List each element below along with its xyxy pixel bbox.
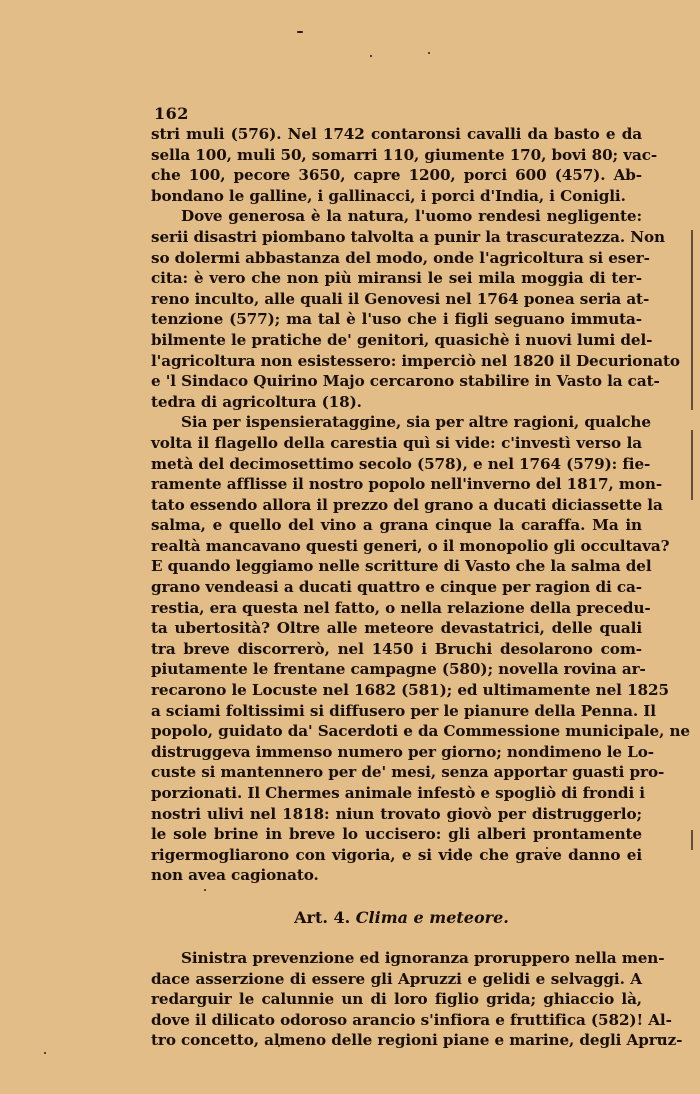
paragraph: stri muli (576). Nel 1742 contaronsi cav… <box>151 124 642 206</box>
section-heading-label: Art. 4. <box>294 908 350 927</box>
text-line: sella 100, muli 50, somarri 110, giument… <box>151 145 642 166</box>
scan-speck <box>44 1052 46 1054</box>
text-line: porzionati. Il Chermes animale infestò e… <box>151 783 642 804</box>
text-line: so dolermi abbastanza del modo, onde l'a… <box>151 248 642 269</box>
page-number: 162 <box>154 104 642 124</box>
paragraph: Dove generosa è la natura, l'uomo rendes… <box>151 206 642 412</box>
text-line: redarguir le calunnie un di loro figlio … <box>151 989 642 1010</box>
text-line: cita: è vero che non più miransi le sei … <box>151 268 642 289</box>
section-heading: Art. 4. Clima e meteore. <box>151 906 642 930</box>
text-line: stri muli (576). Nel 1742 contaronsi cav… <box>151 124 642 145</box>
text-line: ramente afflisse il nostro popolo nell'i… <box>151 474 642 495</box>
text-line: l'agricoltura non esistessero: imperciò … <box>151 351 642 372</box>
text-line: metà del decimosettimo secolo (578), e n… <box>151 454 642 475</box>
text-line: tro concetto, almeno delle regioni piane… <box>151 1030 642 1051</box>
section-heading-title: Clima e meteore. <box>356 908 509 927</box>
text-line: dace asserzione di essere gli Apruzzi e … <box>151 969 642 990</box>
scanned-book-page: 162 stri muli (576). Nel 1742 contaronsi… <box>0 0 700 1094</box>
binding-edge-mark <box>691 830 693 850</box>
text-line: grano vendeasi a ducati quattro e cinque… <box>151 577 642 598</box>
text-line: realtà mancavano questi generi, o il mon… <box>151 536 642 557</box>
text-line: Sinistra prevenzione ed ignoranza prorup… <box>151 948 642 969</box>
text-line: E quando leggiamo nelle scritture di Vas… <box>151 556 642 577</box>
text-line: distruggeva immenso numero per giorno; n… <box>151 742 642 763</box>
text-line: a sciami foltissimi si diffusero per le … <box>151 701 642 722</box>
text-line: le sole brine in breve lo uccisero: gli … <box>151 824 642 845</box>
text-line: bondano le galline, i gallinacci, i porc… <box>151 186 642 207</box>
page-text-block: 162 stri muli (576). Nel 1742 contaronsi… <box>151 104 642 1051</box>
scan-speck <box>370 55 372 57</box>
text-line: piutamente le frentane campagne (580); n… <box>151 659 642 680</box>
text-line: nostri ulivi nel 1818: niun trovato giov… <box>151 804 642 825</box>
text-line: Sia per ispensierataggine, sia per altre… <box>151 412 642 433</box>
text-line: custe si mantennero per de' mesi, senza … <box>151 762 642 783</box>
text-line: tra breve discorrerò, nel 1450 i Bruchi … <box>151 639 642 660</box>
text-line: salma, e quello del vino a grana cinque … <box>151 515 642 536</box>
scan-speck <box>297 31 303 33</box>
text-line: rigermogliarono con vigoria, e si vide c… <box>151 845 642 866</box>
text-line: e 'l Sindaco Quirino Majo cercarono stab… <box>151 371 642 392</box>
text-line: reno inculto, alle quali il Genovesi nel… <box>151 289 642 310</box>
paragraph: Sinistra prevenzione ed ignoranza prorup… <box>151 948 642 1051</box>
text-line: popolo, guidato da' Sacerdoti e da Comme… <box>151 721 642 742</box>
text-line: bilmente le pratiche de' genitori, quasi… <box>151 330 642 351</box>
text-line: Dove generosa è la natura, l'uomo rendes… <box>151 206 642 227</box>
scan-speck <box>428 52 430 54</box>
binding-edge-mark <box>691 230 693 410</box>
text-line: restia, era questa nel fatto, o nella re… <box>151 598 642 619</box>
text-line: non avea cagionato. <box>151 865 642 886</box>
paragraph: Sia per ispensierataggine, sia per altre… <box>151 412 642 886</box>
text-line: dove il dilicato odoroso arancio s'infio… <box>151 1010 642 1031</box>
text-line: tenzione (577); ma tal è l'uso che i fig… <box>151 309 642 330</box>
text-line: ta ubertosità? Oltre alle meteore devast… <box>151 618 642 639</box>
text-line: serii disastri piombano talvolta a punir… <box>151 227 642 248</box>
text-line: che 100, pecore 3650, capre 1200, porci … <box>151 165 642 186</box>
text-line: tato essendo allora il prezzo del grano … <box>151 495 642 516</box>
binding-edge-mark <box>691 430 693 500</box>
text-line: volta il flagello della carestia quì si … <box>151 433 642 454</box>
text-line: recarono le Locuste nel 1682 (581); ed u… <box>151 680 642 701</box>
text-line: tedra di agricoltura (18). <box>151 392 642 413</box>
